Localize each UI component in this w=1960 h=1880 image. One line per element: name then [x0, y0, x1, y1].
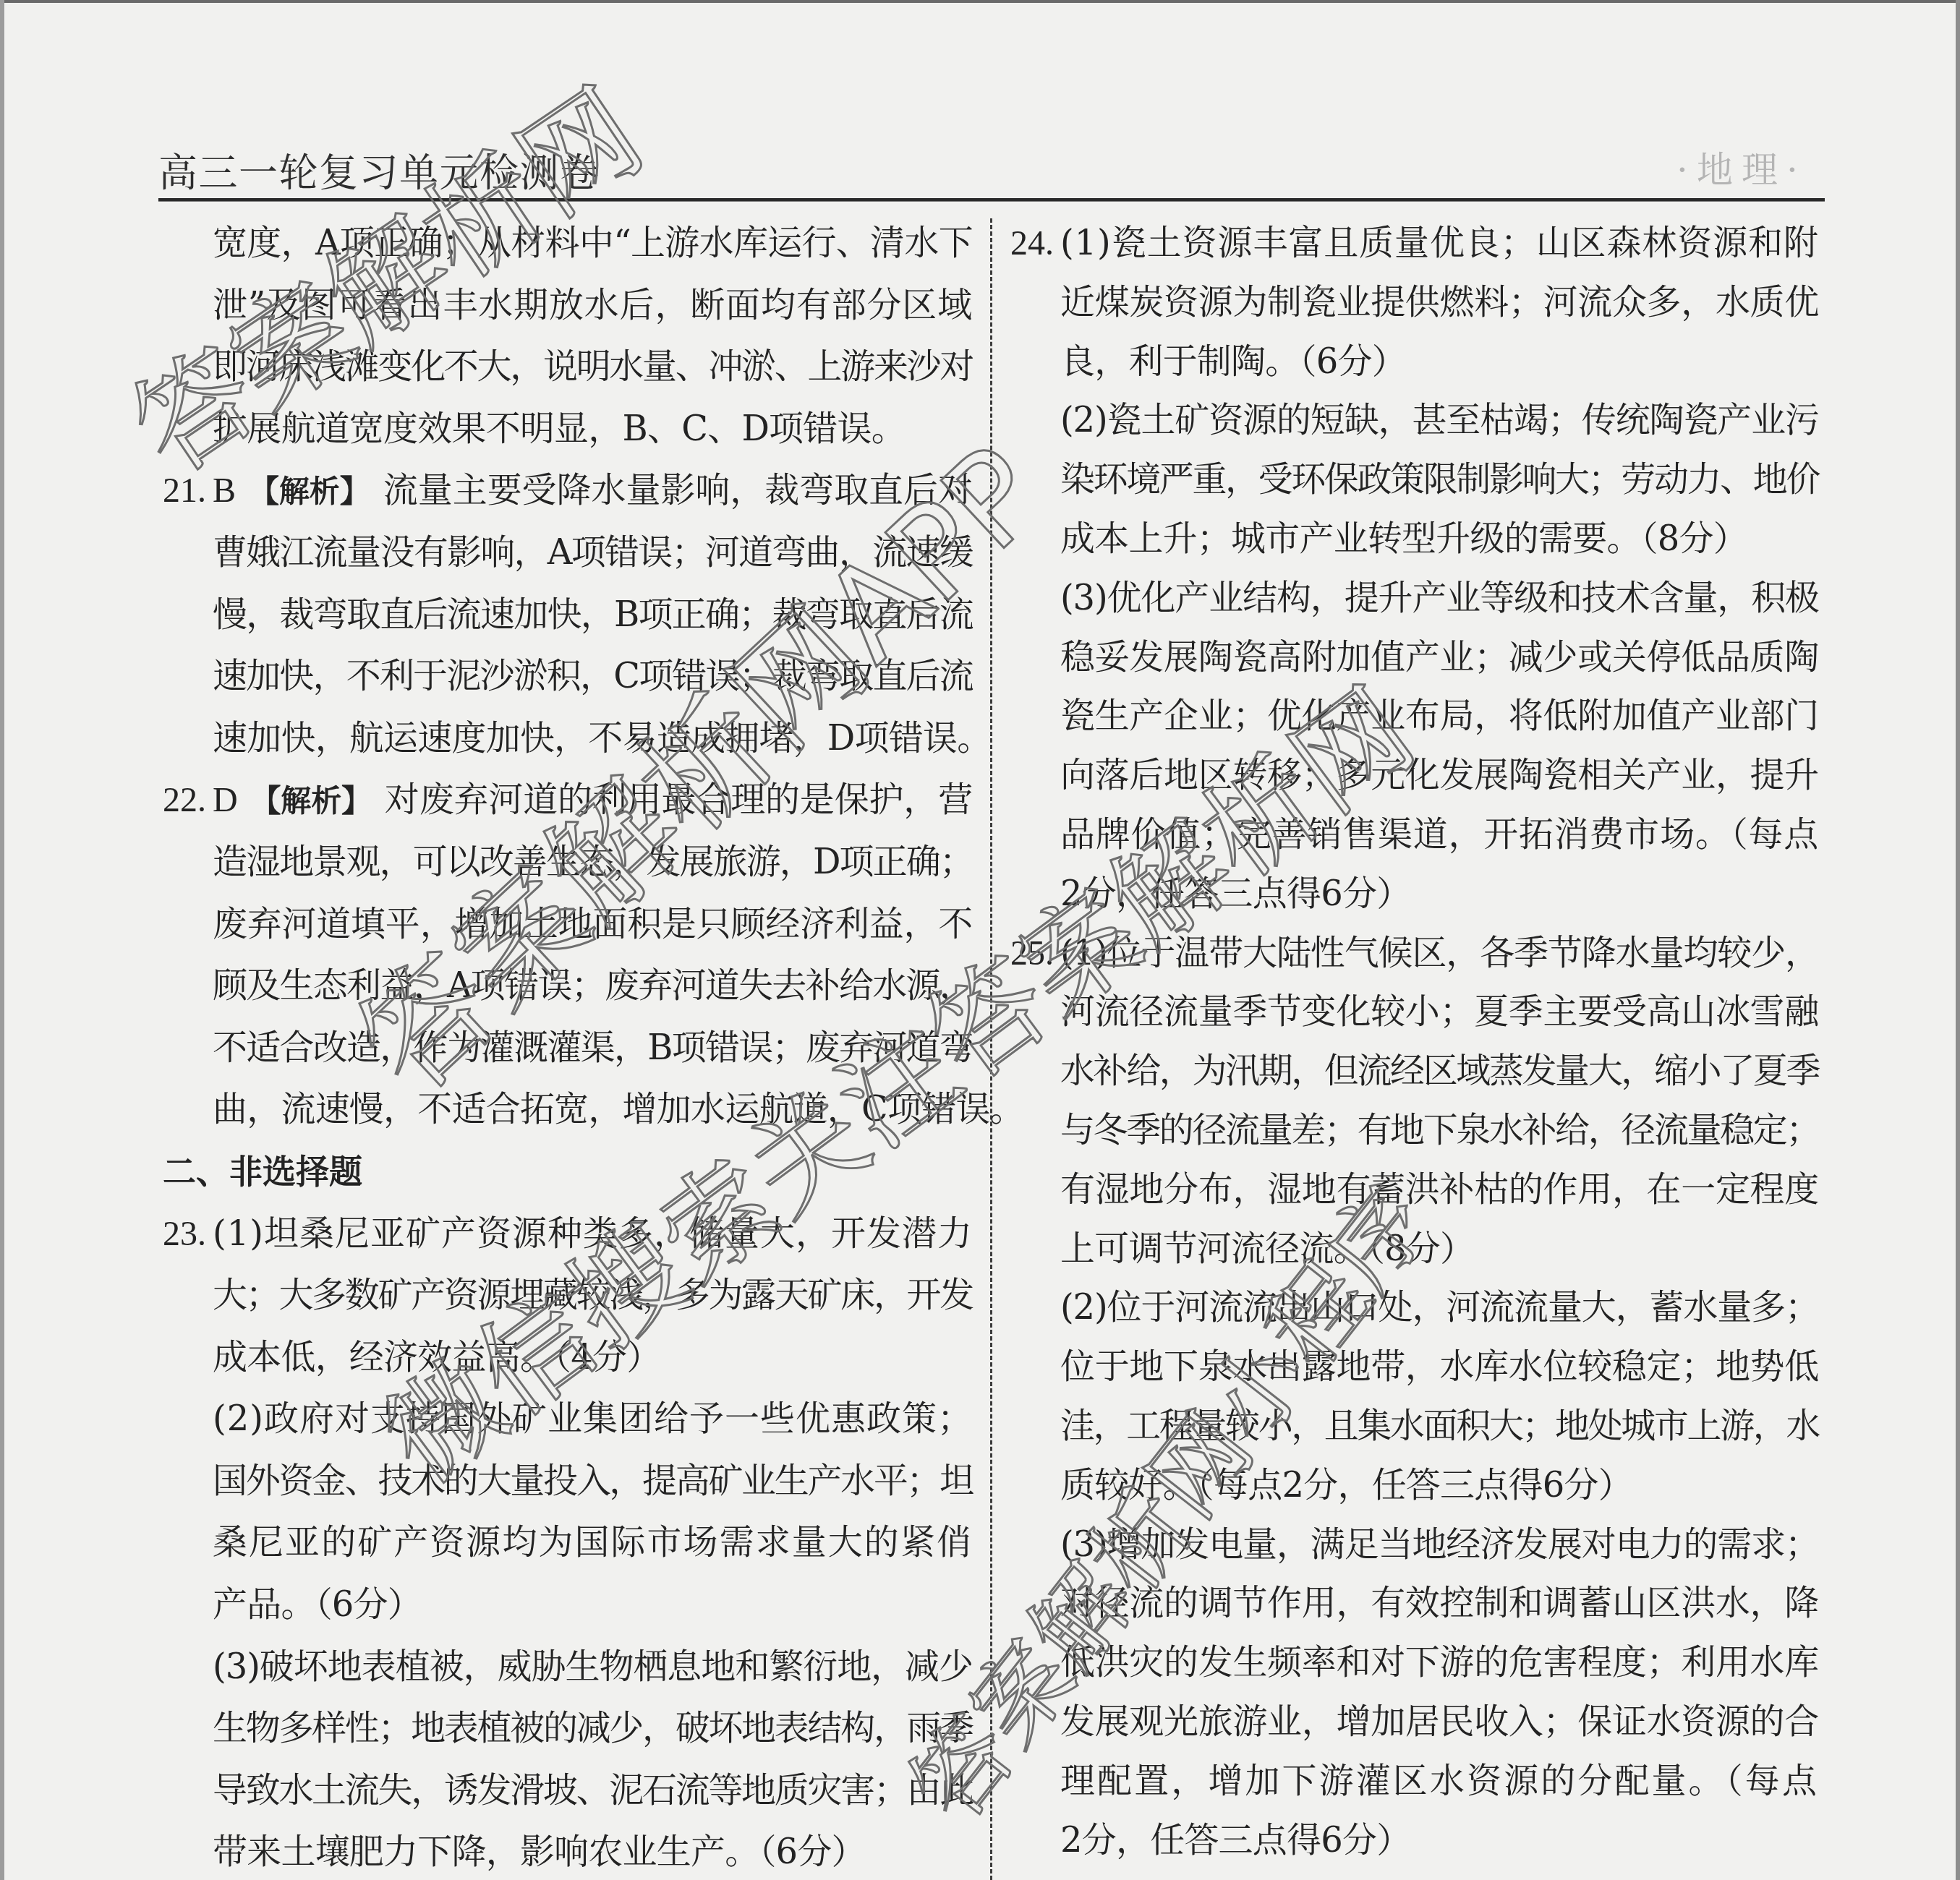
line-text: 速加快，航运速度加快，不易造成拥堵，D项错误。	[213, 708, 991, 770]
answer-line: 成本低，经济效益高。（4分）	[163, 1327, 973, 1389]
answer-line: 2分，任答三点得6分）	[1010, 1811, 1819, 1871]
line-text: (1)坦桑尼亚矿产资源种类多，储量大，开发潜力	[213, 1203, 973, 1265]
answer-line: 低洪灾的发生频率和对下游的危害程度；利用水库	[1010, 1633, 1819, 1693]
answer-line: (2)政府对支持国外矿业集团给予一些优惠政策；	[163, 1388, 973, 1450]
line-text: 桑尼亚的矿产资源均为国际市场需求量大的紧俏	[213, 1512, 973, 1574]
line-text: 低洪灾的发生频率和对下游的危害程度；利用水库	[1060, 1633, 1819, 1693]
analysis-text: 对废弃河道的利用最合理的是保护，营	[385, 779, 973, 820]
line-text: 带来土壤肥力下降，影响农业生产。（6分）	[213, 1821, 866, 1880]
answer-line: (3)破坏地表植被，威胁生物栖息地和繁衍地，减少	[163, 1636, 973, 1699]
question-21-first-line: 21. B【解析】流量主要受降水量影响，裁弯取直后对	[163, 460, 973, 522]
scan-border-left	[0, 0, 4, 1880]
line-text: 导致水土流失，诱发滑坡、泥石流等地质灾害；由此	[213, 1760, 973, 1822]
line-text: 国外资金、技术的大量投入，提高矿业生产水平；坦	[213, 1450, 973, 1513]
line-text: 有湿地分布，湿地有蓄洪补枯的作用，在一定程度	[1060, 1161, 1819, 1220]
question-number: 23.	[163, 1203, 206, 1265]
answer-line: 河流径流量季节变化较小；夏季主要受高山冰雪融	[1010, 983, 1819, 1042]
line-text: 理配置，增加下游灌区水资源的分配量。（每点	[1060, 1752, 1819, 1811]
line-text: 发展观光旅游业，增加居民收入；保证水资源的合	[1060, 1693, 1819, 1752]
answer-line: 带来土壤肥力下降，影响农业生产。（6分）	[163, 1821, 973, 1880]
line-text: 向落后地区转移；多元化发展陶瓷相关产业，提升	[1060, 746, 1819, 806]
answer-line: 速加快，航运速度加快，不易造成拥堵，D项错误。	[163, 708, 973, 770]
answer-line: 稳妥发展陶瓷高附加值产业；减少或关停低品质陶	[1010, 628, 1819, 688]
answer-line: 水补给，为汛期，但流经区域蒸发量大，缩小了夏季	[1010, 1042, 1819, 1101]
scan-border-top	[0, 0, 1960, 3]
answer-line: (3)增加发电量，满足当地经济发展对电力的需求；	[1010, 1516, 1819, 1575]
answer-line: 慢，裁弯取直后流速加快，B项正确；裁弯取直后流	[163, 584, 973, 646]
column-divider	[990, 218, 992, 1880]
header-rule	[158, 198, 1825, 201]
answer-line: 大；大多数矿产资源埋藏较浅，多为露天矿床，开发	[163, 1265, 973, 1327]
section-heading: 二、非选择题	[163, 1152, 362, 1191]
answer-line: 质较好。（每点2分，任答三点得6分）	[1010, 1456, 1819, 1516]
answer-line: 发展观光旅游业，增加居民收入；保证水资源的合	[1010, 1693, 1819, 1752]
line-text: 品牌价值；完善销售渠道，开拓消费市场。（每点	[1060, 806, 1819, 865]
question-24-first-line: 24. (1)瓷土资源丰富且质量优良；山区森林资源和附	[1010, 214, 1819, 273]
answer-line: 造湿地景观，可以改善生态，发展旅游，D项正确；	[163, 832, 973, 894]
answer-line: 瓷生产企业；优化产业布局，将低附加值产业部门	[1010, 687, 1819, 746]
answer-line: 品牌价值；完善销售渠道，开拓消费市场。（每点	[1010, 806, 1819, 865]
right-column: 24. (1)瓷土资源丰富且质量优良；山区森林资源和附 近煤炭资源为制瓷业提供燃…	[1010, 214, 1819, 1870]
line-text: (3)破坏地表植被，威胁生物栖息地和繁衍地，减少	[213, 1636, 973, 1699]
line-text: 稳妥发展陶瓷高附加值产业；减少或关停低品质陶	[1060, 628, 1819, 688]
question-number: 22.	[163, 769, 206, 832]
line-text: 2分，任答三点得6分）	[1060, 865, 1410, 924]
answer-line: 国外资金、技术的大量投入，提高矿业生产水平；坦	[163, 1450, 973, 1513]
line-text: (2)位于河流流出山口处，河流流量大，蓄水量多；	[1060, 1278, 1819, 1338]
line-text: 产品。（6分）	[213, 1574, 422, 1636]
line-text: B【解析】流量主要受降水量影响，裁弯取直后对	[213, 460, 973, 523]
question-number: 25.	[1010, 924, 1054, 983]
answer-line: 理配置，增加下游灌区水资源的分配量。（每点	[1010, 1752, 1819, 1811]
line-text: (1)瓷土资源丰富且质量优良；山区森林资源和附	[1060, 214, 1819, 273]
question-22-first-line: 22. D【解析】对废弃河道的利用最合理的是保护，营	[163, 769, 973, 832]
answer-line: 位于地下泉水出露地带，水库水位较稳定；地势低	[1010, 1338, 1819, 1397]
line-text: 成本低，经济效益高。（4分）	[213, 1327, 661, 1389]
question-23-first-line: 23. (1)坦桑尼亚矿产资源种类多，储量大，开发潜力	[163, 1203, 973, 1265]
answer-line: 与冬季的径流量差；有地下泉水补给，径流量稳定；	[1010, 1101, 1819, 1161]
answer-line: 有湿地分布，湿地有蓄洪补枯的作用，在一定程度	[1010, 1161, 1819, 1220]
answer-line: (2)位于河流流出山口处，河流流量大，蓄水量多；	[1010, 1278, 1819, 1338]
answer-line: (3)优化产业结构，提升产业等级和技术含量，积极	[1010, 569, 1819, 628]
line-text: (1)位于温带大陆性气候区，各季节降水量均较少，	[1060, 924, 1819, 983]
line-text: 质较好。（每点2分，任答三点得6分）	[1060, 1456, 1632, 1516]
line-text: (2)瓷土矿资源的短缺，甚至枯竭；传统陶瓷产业污	[1060, 391, 1819, 450]
line-text: 不适合改造，作为灌溉灌渠，B项错误；废弃河道弯	[213, 1017, 973, 1080]
line-text: 速加快，不利于泥沙淤积，C项错误；裁弯取直后流	[213, 646, 973, 708]
analysis-tag: 【解析】	[249, 474, 370, 509]
line-text: 对径流的调节作用，有效控制和调蓄山区洪水，降	[1060, 1574, 1819, 1633]
analysis-tag: 【解析】	[251, 783, 372, 819]
line-text: (3)增加发电量，满足当地经济发展对电力的需求；	[1060, 1516, 1819, 1575]
answer-choice: D	[213, 781, 238, 819]
line-text: 水补给，为汛期，但流经区域蒸发量大，缩小了夏季	[1060, 1042, 1819, 1101]
answer-line: 速加快，不利于泥沙淤积，C项错误；裁弯取直后流	[163, 646, 973, 708]
answer-line: 2分，任答三点得6分）	[1010, 865, 1819, 924]
line-text: 曲，流速慢，不适合拓宽，增加水运航道，C项错误。	[213, 1079, 1024, 1141]
subject-label: ·地理·	[1676, 148, 1807, 192]
line-text: (2)政府对支持国外矿业集团给予一些优惠政策；	[213, 1388, 973, 1450]
line-text: 近煤炭资源为制瓷业提供燃料；河流众多，水质优	[1060, 273, 1819, 333]
line-text: 慢，裁弯取直后流速加快，B项正确；裁弯取直后流	[213, 584, 973, 646]
line-text: 宽度，A项正确；从材料中“上游水库运行、清水下	[213, 213, 973, 275]
question-25-first-line: 25. (1)位于温带大陆性气候区，各季节降水量均较少，	[1010, 924, 1819, 983]
scan-border-right	[1956, 0, 1960, 1880]
question-number: 21.	[163, 460, 206, 522]
answer-line: 不适合改造，作为灌溉灌渠，B项错误；废弃河道弯	[163, 1017, 973, 1080]
line-text: 河流径流量季节变化较小；夏季主要受高山冰雪融	[1060, 983, 1819, 1042]
answer-line: 上可调节河流径流。（8分）	[1010, 1220, 1819, 1279]
line-text: 扩展航道宽度效果不明显，B、C、D项错误。	[213, 398, 906, 461]
line-text: 与冬季的径流量差；有地下泉水补给，径流量稳定；	[1060, 1101, 1819, 1161]
answer-line: 对径流的调节作用，有效控制和调蓄山区洪水，降	[1010, 1574, 1819, 1633]
line-text: 废弃河道填平，增加土地面积是只顾经济利益，不	[213, 894, 973, 956]
question-number: 24.	[1010, 214, 1054, 273]
answer-line: 宽度，A项正确；从材料中“上游水库运行、清水下	[163, 213, 973, 275]
line-text: 生物多样性；地表植被的减少，破坏地表结构，雨季	[213, 1698, 973, 1760]
line-text: 顾及生态利益，A项错误；废弃河道失去补给水源，	[213, 955, 973, 1017]
answer-line: 导致水土流失，诱发滑坡、泥石流等地质灾害；由此	[163, 1760, 973, 1822]
answer-line: 产品。（6分）	[163, 1574, 973, 1636]
answer-line: 桑尼亚的矿产资源均为国际市场需求量大的紧俏	[163, 1512, 973, 1574]
line-text: 良，利于制陶。（6分）	[1060, 333, 1406, 392]
answer-line: 即河床浅滩变化不大，说明水量、冲淤、上游来沙对	[163, 336, 973, 398]
line-text: 大；大多数矿产资源埋藏较浅，多为露天矿床，开发	[213, 1265, 973, 1327]
page-title: 高三一轮复习单元检测卷	[158, 150, 600, 197]
line-text: 成本上升；城市产业转型升级的需要。（8分）	[1060, 510, 1747, 569]
left-column: 宽度，A项正确；从材料中“上游水库运行、清水下 泄”及图可看出丰水期放水后，断面…	[163, 213, 973, 1880]
answer-line: 曲，流速慢，不适合拓宽，增加水运航道，C项错误。	[163, 1079, 973, 1141]
line-text: 造湿地景观，可以改善生态，发展旅游，D项正确；	[213, 832, 973, 894]
answer-line: 良，利于制陶。（6分）	[1010, 333, 1819, 392]
line-text: 2分，任答三点得6分）	[1060, 1811, 1410, 1871]
answer-line: 成本上升；城市产业转型升级的需要。（8分）	[1010, 510, 1819, 569]
line-text: 泄”及图可看出丰水期放水后，断面均有部分区域	[213, 275, 973, 337]
line-text: (3)优化产业结构，提升产业等级和技术含量，积极	[1060, 569, 1819, 628]
line-text: 上可调节河流径流。（8分）	[1060, 1220, 1474, 1279]
line-text: 瓷生产企业；优化产业布局，将低附加值产业部门	[1060, 687, 1819, 746]
answer-line: 洼，工程量较小，且集水面积大；地处城市上游，水	[1010, 1397, 1819, 1456]
answer-line: 泄”及图可看出丰水期放水后，断面均有部分区域	[163, 275, 973, 337]
answer-line: 废弃河道填平，增加土地面积是只顾经济利益，不	[163, 894, 973, 956]
answer-choice: B	[213, 471, 236, 510]
answer-line: 曹娥江流量没有影响，A项错误；河道弯曲，流速缓	[163, 522, 973, 584]
answer-line: 扩展航道宽度效果不明显，B、C、D项错误。	[163, 398, 973, 461]
line-text: 染环境严重，受环保政策限制影响大；劳动力、地价	[1060, 450, 1819, 510]
answer-line: 顾及生态利益，A项错误；废弃河道失去补给水源，	[163, 955, 973, 1017]
answer-line: 向落后地区转移；多元化发展陶瓷相关产业，提升	[1010, 746, 1819, 806]
answer-line: (2)瓷土矿资源的短缺，甚至枯竭；传统陶瓷产业污	[1010, 391, 1819, 450]
line-text: 即河床浅滩变化不大，说明水量、冲淤、上游来沙对	[213, 336, 973, 398]
line-text: 位于地下泉水出露地带，水库水位较稳定；地势低	[1060, 1338, 1819, 1397]
section-heading-line: 二、非选择题	[163, 1141, 973, 1203]
line-text: D【解析】对废弃河道的利用最合理的是保护，营	[213, 769, 973, 832]
answer-line: 生物多样性；地表植被的减少，破坏地表结构，雨季	[163, 1698, 973, 1760]
line-text: 曹娥江流量没有影响，A项错误；河道弯曲，流速缓	[213, 522, 973, 584]
answer-line: 染环境严重，受环保政策限制影响大；劳动力、地价	[1010, 450, 1819, 510]
answer-line: 近煤炭资源为制瓷业提供燃料；河流众多，水质优	[1010, 273, 1819, 333]
analysis-text: 流量主要受降水量影响，裁弯取直后对	[383, 470, 973, 510]
line-text: 洼，工程量较小，且集水面积大；地处城市上游，水	[1060, 1397, 1819, 1456]
